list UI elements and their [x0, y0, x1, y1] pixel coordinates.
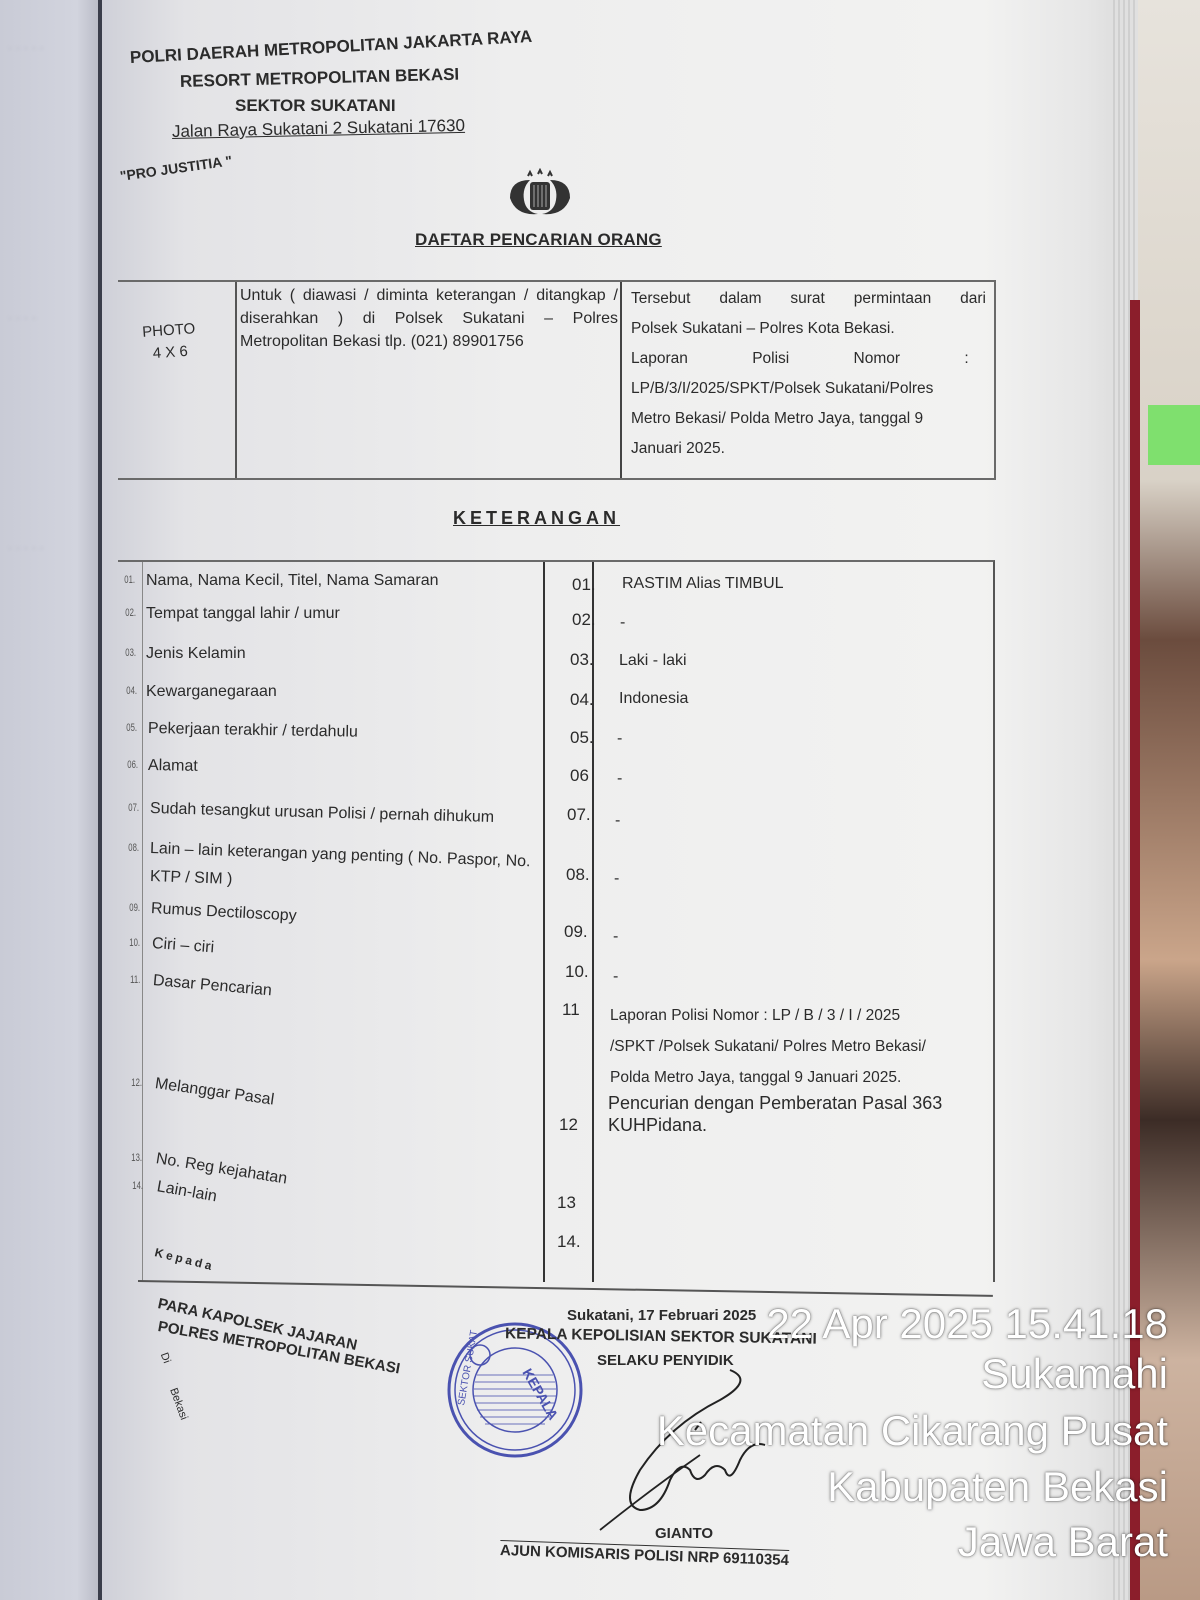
- recipient-di: Di: [158, 1351, 173, 1365]
- row-number: 01.: [124, 574, 135, 586]
- row-index: 05.: [570, 728, 594, 748]
- recipient-city: Bekasi: [167, 1386, 190, 1421]
- row-label: Jenis Kelamin: [146, 645, 246, 663]
- row-label: KTP / SIM ): [150, 868, 233, 889]
- row-number: 11.: [130, 974, 140, 986]
- row-index: 13: [557, 1193, 576, 1213]
- wanted-person-document: POLRI DAERAH METROPOLITAN JAKARTA RAYA R…: [0, 0, 1200, 1600]
- row-value: -: [620, 614, 625, 632]
- police-emblem-icon: [500, 168, 580, 220]
- location-village: Sukamahi: [981, 1350, 1168, 1398]
- row-label: Alamat: [148, 757, 198, 776]
- reference-line: Laporan Polisi Nomor :: [631, 344, 986, 374]
- location-district: Kecamatan Cikarang Pusat: [657, 1407, 1168, 1455]
- location-province: Jawa Barat: [958, 1518, 1168, 1566]
- row-value: Laporan Polisi Nomor : LP / B / 3 / I / …: [610, 1000, 900, 1031]
- signatory-name: GIANTO: [655, 1525, 713, 1542]
- reference-line: Tersebut dalam surat permintaan dari: [631, 284, 986, 314]
- row-number: 13.: [131, 1152, 142, 1164]
- row-value: Pencurian dengan Pemberatan Pasal 363: [608, 1093, 942, 1114]
- row-label: Pekerjaan terakhir / terdahulu: [148, 720, 358, 742]
- row-index: 08.: [566, 865, 590, 885]
- column-divider: [620, 282, 622, 478]
- table-rule: [138, 1280, 993, 1297]
- row-index: 04.: [570, 690, 594, 710]
- timestamp-overlay: 22 Apr 2025 15.41.18: [766, 1300, 1168, 1348]
- row-number: 04.: [126, 685, 137, 697]
- table-rule: [543, 562, 545, 1282]
- table-rule: [592, 562, 594, 1282]
- row-index: 02.: [572, 610, 596, 630]
- row-number: 14.: [132, 1180, 143, 1192]
- svg-text:KEPALA: KEPALA: [519, 1366, 561, 1423]
- row-label: Tempat tanggal lahir / umur: [146, 605, 340, 623]
- row-value: /SPKT /Polsek Sukatani/ Polres Metro Bek…: [610, 1031, 926, 1062]
- header-line-2: RESORT METROPOLITAN BEKASI: [180, 65, 460, 92]
- section-title-keterangan: KETERANGAN: [453, 508, 620, 529]
- reference-line: Januari 2025.: [631, 434, 986, 464]
- row-value: Polda Metro Jaya, tanggal 9 Januari 2025…: [610, 1062, 901, 1093]
- header-address: Jalan Raya Sukatani 2 Sukatani 17630: [172, 116, 465, 142]
- row-value: -: [617, 730, 622, 748]
- table-rule: [142, 562, 143, 1282]
- row-number: 02.: [125, 607, 136, 619]
- row-value: -: [613, 968, 618, 986]
- row-label: Nama, Nama Kecil, Titel, Nama Samaran: [146, 572, 439, 590]
- row-value: KUHPidana.: [608, 1115, 707, 1136]
- row-number: 09.: [129, 902, 140, 914]
- row-label: Kewarganegaraan: [146, 683, 277, 701]
- row-value: RASTIM Alias TIMBUL: [622, 575, 784, 593]
- row-value: -: [615, 812, 620, 830]
- row-index: 06: [570, 766, 589, 786]
- row-number: 05.: [127, 722, 138, 734]
- signatory-rank: AJUN KOMISARIS POLISI NRP 69110354: [500, 1540, 789, 1569]
- row-value: Indonesia: [619, 690, 688, 708]
- reference-line: LP/B/3/I/2025/SPKT/Polsek Sukatani/Polre…: [631, 374, 986, 404]
- location-regency: Kabupaten Bekasi: [827, 1463, 1168, 1511]
- row-value: -: [613, 928, 618, 946]
- row-index: 01.: [572, 575, 596, 595]
- row-value: -: [614, 870, 619, 888]
- row-number: 07.: [128, 802, 139, 814]
- header-line-1: POLRI DAERAH METROPOLITAN JAKARTA RAYA: [129, 27, 532, 68]
- photo-size: 4 X 6: [143, 340, 197, 366]
- header-line-3: SEKTOR SUKATANI: [235, 96, 396, 116]
- document-title: DAFTAR PENCARIAN ORANG: [415, 230, 662, 250]
- row-value: -: [617, 770, 622, 788]
- photo-placeholder: PHOTO 4 X 6: [118, 282, 237, 478]
- row-number: 12.: [131, 1077, 142, 1089]
- row-index: 11: [562, 1000, 580, 1020]
- row-number: 10.: [130, 937, 141, 949]
- signature-place-date: Sukatani, 17 Februari 2025: [567, 1307, 756, 1324]
- pro-justitia-label: "PRO JUSTITIA ": [119, 152, 233, 184]
- photo-label: PHOTO: [142, 318, 196, 344]
- reference-line: Metro Bekasi/ Polda Metro Jaya, tanggal …: [631, 404, 986, 434]
- row-index: 03.: [570, 650, 594, 670]
- row-number: 06.: [127, 759, 138, 771]
- row-index: 10.: [565, 962, 589, 982]
- row-index: 07.: [567, 805, 591, 825]
- row-value: Laki - laki: [619, 652, 687, 670]
- request-table: PHOTO 4 X 6 Untuk ( diawasi / diminta ke…: [118, 280, 996, 480]
- row-index: 14.: [557, 1232, 581, 1252]
- row-number: 03.: [125, 647, 136, 659]
- row-index: 12: [559, 1115, 578, 1135]
- purpose-text: Untuk ( diawasi / diminta keterangan / d…: [240, 284, 618, 353]
- row-number: 08.: [128, 842, 139, 854]
- reference-text: Tersebut dalam surat permintaan dari Pol…: [631, 284, 986, 464]
- reference-line: Polsek Sukatani – Polres Kota Bekasi.: [631, 314, 986, 344]
- row-index: 09.: [564, 922, 588, 942]
